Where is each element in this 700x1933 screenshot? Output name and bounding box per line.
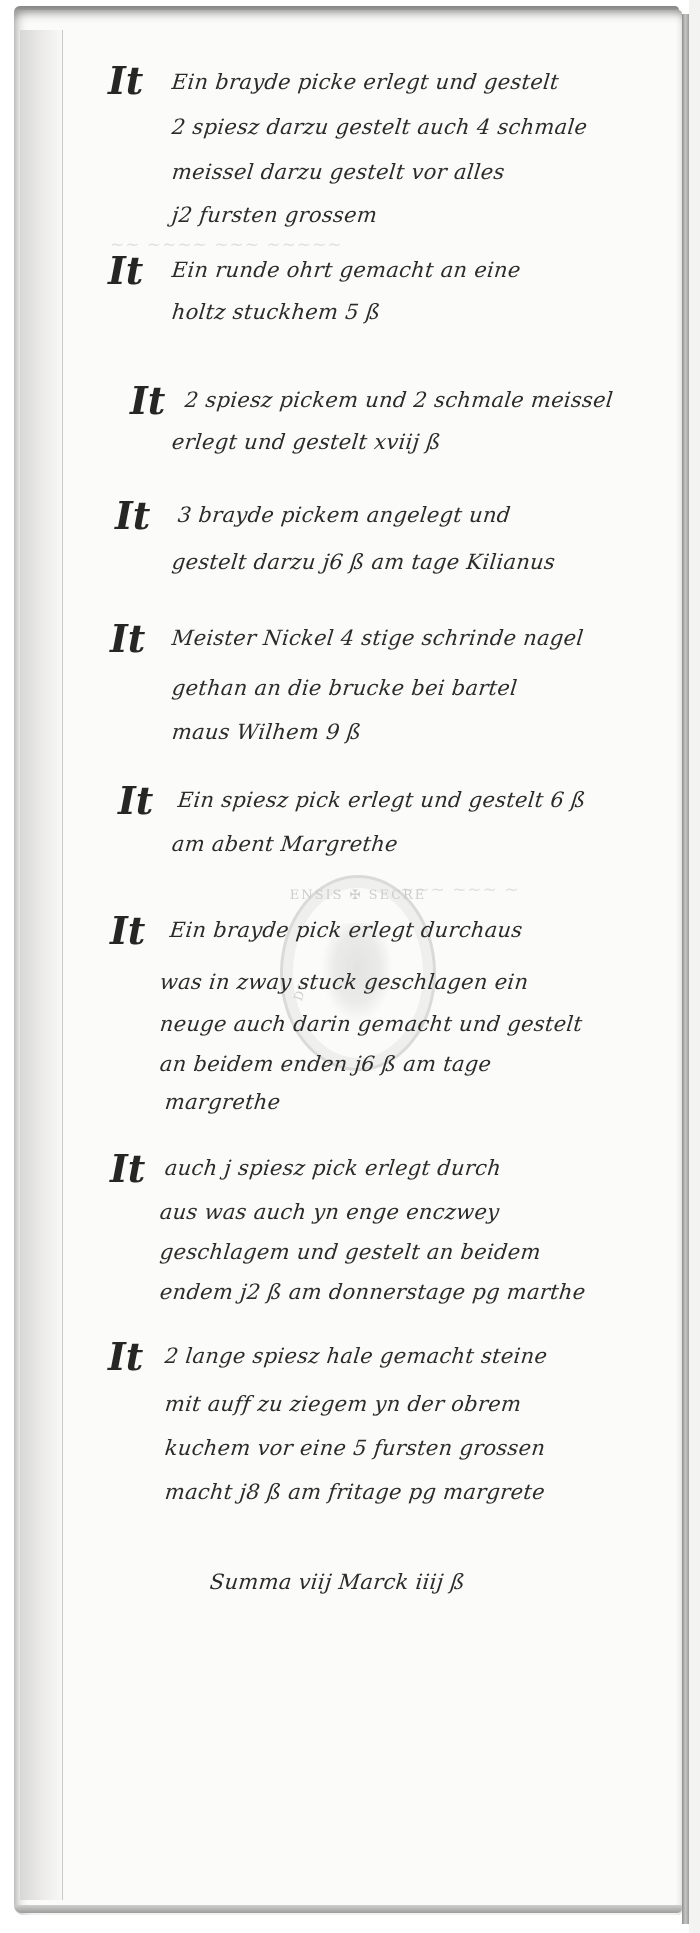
entry-line: an beidem enden j6 ß am tage <box>159 1052 493 1076</box>
entry-line: gethan an die brucke bei bartel <box>171 676 519 700</box>
entry-line: auch j spiesz pick erlegt durch <box>164 1156 503 1180</box>
entry-line: 3 brayde pickem angelegt und <box>177 503 512 527</box>
entry-line: j2 fursten grossem <box>171 203 379 227</box>
entry-line: Ein spiesz pick erlegt und gestelt 6 ß <box>177 788 587 812</box>
entry-line: 2 spiesz pickem und 2 schmale meissel <box>184 388 614 412</box>
entry-line: Ein runde ohrt gemacht an eine <box>171 258 522 282</box>
item-mark: It <box>108 62 143 100</box>
entry-line: Meister Nickel 4 stige schrinde nagel <box>171 626 585 650</box>
adjacent-page-edge <box>689 0 700 1933</box>
entry-line: was in zway stuck geschlagen ein <box>159 970 530 994</box>
item-mark: It <box>110 620 145 658</box>
entry-line: meissel darzu gestelt vor alles <box>171 160 506 184</box>
item-mark: It <box>108 1338 143 1376</box>
entry-line: 2 spiesz darzu gestelt auch 4 schmale <box>171 115 589 139</box>
item-mark: It <box>110 1150 145 1188</box>
entry-line: kuchem vor eine 5 fursten grossen <box>164 1436 547 1460</box>
summa-total: Summa viij Marck iiij ß <box>209 1570 466 1594</box>
entry-line: 2 lange spiesz hale gemacht steine <box>164 1344 549 1368</box>
bleed-through-text: ~~ ~~~~ ~~~ ~~~~~ <box>110 235 343 255</box>
entry-line: mit auff zu ziegem yn der obrem <box>164 1392 523 1416</box>
entry-line: gestelt darzu j6 ß am tage Kilianus <box>171 550 557 574</box>
entry-line: macht j8 ß am fritage pg margrete <box>164 1480 546 1504</box>
item-mark: It <box>118 782 153 820</box>
item-mark: It <box>110 912 145 950</box>
entry-line: margrethe <box>164 1090 282 1114</box>
entry-line: erlegt und gestelt xviij ß <box>171 430 442 454</box>
entry-line: Ein brayde pick erlegt durchaus <box>169 918 524 942</box>
entry-line: maus Wilhem 9 ß <box>171 720 363 744</box>
page-left-fold <box>20 30 63 1900</box>
entry-line: holtz stuckhem 5 ß <box>171 300 382 324</box>
item-mark: It <box>130 382 165 420</box>
entry-line: neuge auch darin gemacht und gestelt <box>159 1012 584 1036</box>
entry-line: endem j2 ß am donnerstage pg marthe <box>159 1280 587 1304</box>
seal-inscription: ENSIS ✠ SECRE <box>283 888 433 903</box>
entry-line: am abent Margrethe <box>171 832 399 856</box>
entry-line: aus was auch yn enge enczwey <box>159 1200 501 1224</box>
entry-line: geschlagem und gestelt an beidem <box>159 1240 542 1264</box>
item-mark: It <box>115 497 150 535</box>
item-mark: It <box>108 252 143 290</box>
binding-spine <box>682 14 689 1924</box>
entry-line: Ein brayde picke erlegt und gestelt <box>171 70 560 94</box>
page-bottom-edge <box>14 1905 682 1913</box>
